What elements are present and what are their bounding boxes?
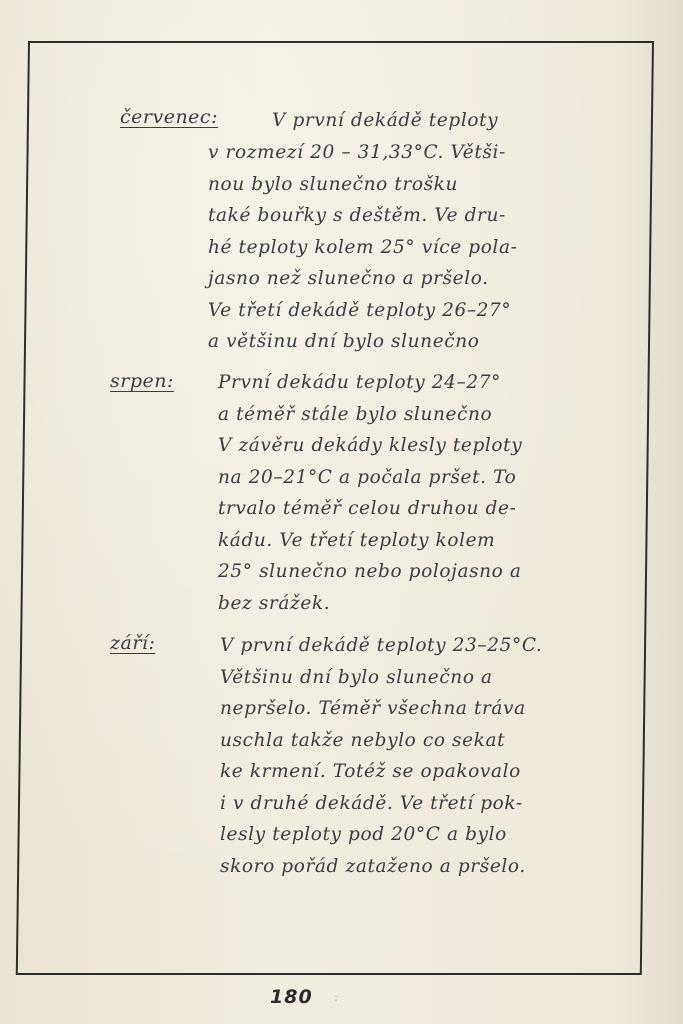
month-label-cervenec: červenec:	[120, 106, 218, 128]
text-line: hé teploty kolem 25° více pola-	[208, 232, 588, 264]
text-line: a téměř stále bylo slunečno	[218, 399, 598, 431]
text-line: ke krmení. Totéž se opakovalo	[220, 756, 600, 788]
text-line: nou bylo slunečno trošku	[208, 169, 588, 201]
section-body: V první dekádě teploty 23–25°C. Většinu …	[220, 630, 600, 882]
page-number: 180	[270, 986, 313, 1008]
text-line: trvalo téměř celou druhou de-	[218, 493, 598, 525]
text-line: V první dekádě teploty 23–25°C.	[220, 630, 600, 662]
text-line: v rozmezí 20 – 31,33°C. Větši-	[208, 137, 588, 169]
text-line: na 20–21°C a počala pršet. To	[218, 462, 598, 494]
page-mark: :	[334, 990, 338, 1004]
text-line: V závěru dekády klesly teploty	[218, 430, 598, 462]
text-line: První dekádu teploty 24–27°	[218, 367, 598, 399]
text-line: 25° slunečno nebo polojasno a	[218, 556, 598, 588]
text-line: lesly teploty pod 20°C a bylo	[220, 819, 600, 851]
text-line: nepršelo. Téměř všechna tráva	[220, 693, 600, 725]
text-line: Ve třetí dekádě teploty 26–27°	[208, 295, 588, 327]
text-line: jasno než slunečno a pršelo.	[208, 263, 588, 295]
text-line: bez srážek.	[218, 588, 598, 620]
text-line: a většinu dní bylo slunečno	[208, 326, 588, 358]
section-body: V první dekádě teploty	[272, 105, 652, 137]
section-body-continued: v rozmezí 20 – 31,33°C. Větši- nou bylo …	[208, 137, 588, 358]
text-line: Většinu dní bylo slunečno a	[220, 662, 600, 694]
text-line: také bouřky s deštěm. Ve dru-	[208, 200, 588, 232]
text-line: skoro pořád zataženo a pršelo.	[220, 851, 600, 883]
text-line: kádu. Ve třetí teploty kolem	[218, 525, 598, 557]
month-label-zari: září:	[110, 632, 155, 654]
month-label-srpen: srpen:	[110, 370, 174, 392]
text-line: i v druhé dekádě. Ve třetí pok-	[220, 788, 600, 820]
text-line: V první dekádě teploty	[272, 105, 652, 137]
text-line: uschla takže nebylo co sekat	[220, 725, 600, 757]
section-body: První dekádu teploty 24–27° a téměř stál…	[218, 367, 598, 619]
